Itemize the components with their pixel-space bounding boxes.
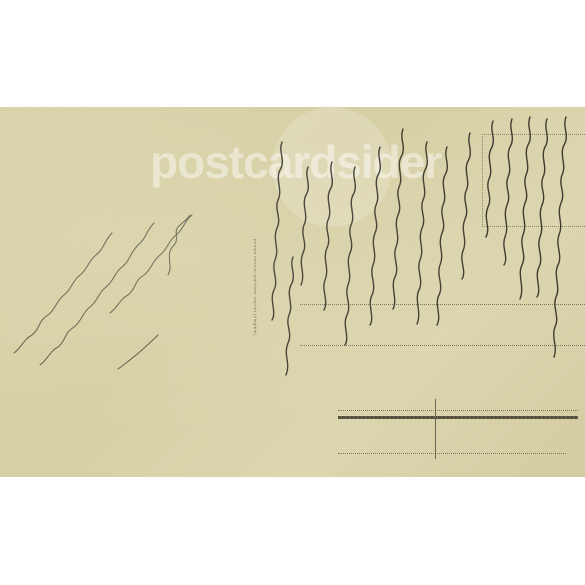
handwriting	[0, 107, 585, 477]
postcard-back: postcardsider printed vertical publisher…	[0, 107, 585, 477]
